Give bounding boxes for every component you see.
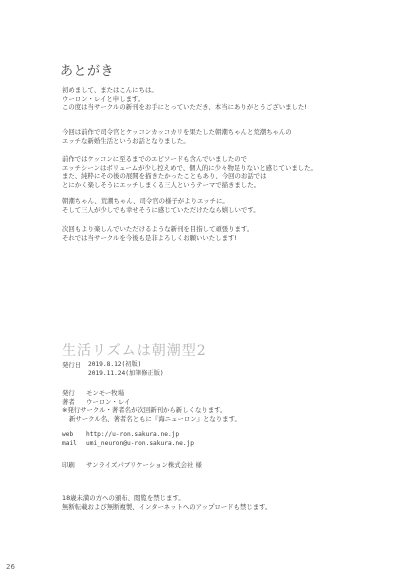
page-number: 26 [6,563,15,571]
warning-line: 無断転載および無断複製、インターネットへのアップロードも禁じます。 [62,503,271,512]
web-label: web [62,431,86,440]
author-name: ウーロン・レイ [86,398,130,407]
mail-address-link[interactable]: umi_neuron@u-ron.sakura.ne.jp [86,440,194,449]
publication-dates: 発行日 2019.8.12(初版) 2019.11.24(加筆修正版) [62,361,164,378]
text-line: そして三人が少しでも幸せそうに感じていただけたなら嬉しいです。 [62,206,260,215]
text-line: 初めまして、またはこんにちは。 [62,86,307,95]
paragraph-closing: 次回もより楽しんでいただけるような新刊を目指して頑張ります。 それでは当サークル… [62,225,253,242]
text-line: この度は当サークルの新刊をお手にとっていただき、本当にありがとうございました! [62,103,307,112]
published-label: 発行日 [62,361,84,370]
text-line: また、純粋にその後の展開を描きたかったこともあり、今回のお話では [62,172,317,181]
paragraph-background: 前作ではケッコンに至るまでのエピソードも含んでいましたので エッチシーンはボリュ… [62,155,317,189]
mail-label: mail [62,440,86,449]
paragraph-greeting: 初めまして、またはこんにちは。 ウーロン・レイと申します。 この度は当サークルの… [62,86,307,112]
notice-line: ※発行サークル・著者名が次回新刊から新しくなります。 [62,406,241,415]
warning-line: 18歳未満の方への頒布、閲覧を禁じます。 [62,494,271,503]
publisher-name: モンモー牧場 [86,389,124,398]
text-line: 朝潮ちゃん、荒潮ちゃん、司令官の様子がよりエッチに。 [62,197,260,206]
notice-line: 新サークル名、著者名ともに『海ニューロン』となります。 [62,415,241,424]
author-label: 著者 [62,398,86,407]
printer-info: 印刷 サンライズパブリケーション株式会社 様 [62,461,202,470]
text-line: それでは当サークルを今後も是非よろしくお願いいたします! [62,234,253,243]
paragraph-summary: 今回は前作で司令官とケッコンカッコカリを果たした朝潮ちゃんと荒潮ちゃんの エッチ… [62,128,292,145]
text-line: 今回は前作で司令官とケッコンカッコカリを果たした朝潮ちゃんと荒潮ちゃんの [62,128,292,137]
contact-info: web http://u-ron.sakura.ne.jp mail umi_n… [62,431,194,448]
first-edition-date: 2019.8.12(初版) [88,361,141,370]
revised-edition-date: 2019.11.24(加筆修正版) [88,370,164,379]
book-title: 生活リズムは朝潮型2 [62,340,207,360]
legal-warnings: 18歳未満の方への頒布、閲覧を禁じます。 無断転載および無断複製、インターネット… [62,494,271,511]
publisher-label: 発行 [62,389,86,398]
text-line: とにかく楽しそうにエッチしまくる三人というテーマで描きました。 [62,181,317,190]
printer-name: サンライズパブリケーション株式会社 様 [86,461,202,470]
text-line: 次回もより楽しんでいただけるような新刊を目指して頑張ります。 [62,225,253,234]
afterword-heading: あとがき [60,60,114,79]
web-url-link[interactable]: http://u-ron.sakura.ne.jp [86,431,179,440]
publisher-info: 発行 モンモー牧場 著者 ウーロン・レイ ※発行サークル・著者名が次回新刊から新… [62,389,241,423]
text-line: エッチシーンはボリュームが少し控えめで、個人的に少々物足りないと感じていました。 [62,164,317,173]
printer-label: 印刷 [62,461,86,470]
text-line: エッチな新婚生活というお話となりました。 [62,137,292,146]
text-line: 前作ではケッコンに至るまでのエピソードも含んでいましたので [62,155,317,164]
paragraph-hope: 朝潮ちゃん、荒潮ちゃん、司令官の様子がよりエッチに。 そして三人が少しでも幸せそ… [62,197,260,214]
text-line: ウーロン・レイと申します。 [62,95,307,104]
